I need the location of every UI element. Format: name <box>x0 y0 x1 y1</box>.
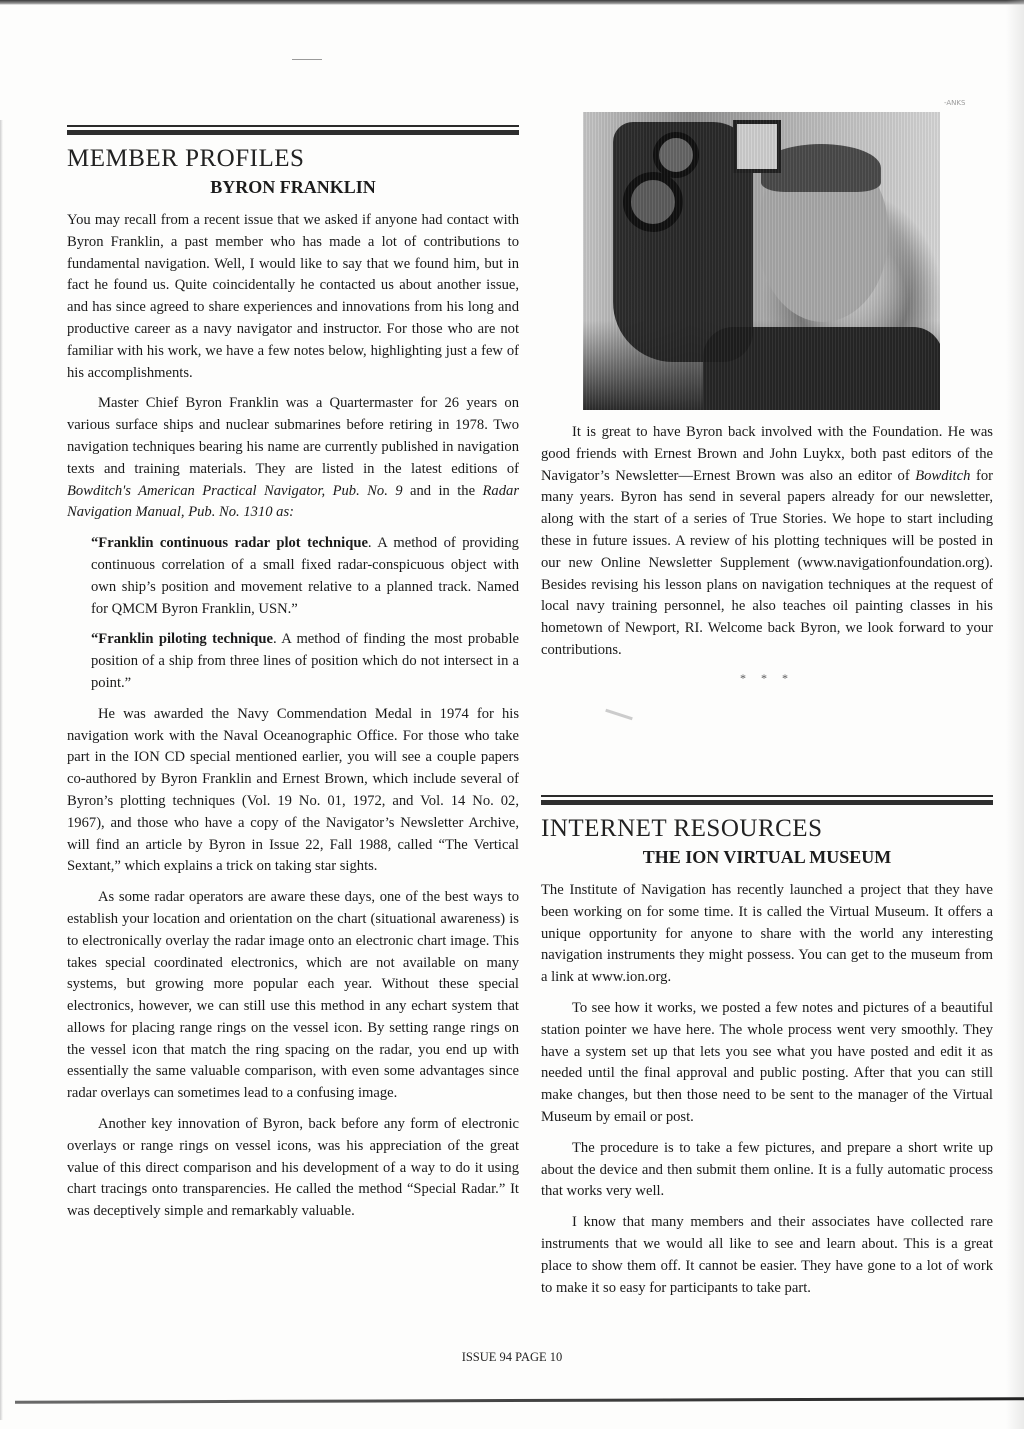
scan-edge-left <box>0 120 3 1420</box>
quote-piloting-technique: “Franklin piloting technique. A method o… <box>91 629 519 694</box>
special-radar-paragraph: Another key innovation of Byron, back be… <box>67 1114 519 1223</box>
page-footer: ISSUE 94 PAGE 10 <box>0 1350 1024 1365</box>
internet-resources-section: INTERNET RESOURCES THE ION VIRTUAL MUSEU… <box>541 792 993 1308</box>
museum-intro-paragraph: The Institute of Navigation has recently… <box>541 880 993 989</box>
career-paragraph: Master Chief Byron Franklin was a Quarte… <box>67 393 519 524</box>
article-title: THE ION VIRTUAL MUSEUM <box>541 846 993 868</box>
quote-continuous-radar-plot: “Franklin continuous radar plot techniqu… <box>91 533 519 620</box>
scan-smudge <box>605 709 633 721</box>
intro-paragraph: You may recall from a recent issue that … <box>67 210 519 384</box>
bowditch-title: Bowditch's American Practical Navigator,… <box>67 483 403 499</box>
photo-corner-mark: -ANKS <box>944 99 965 107</box>
bowditch-italic: Bowditch <box>915 468 970 484</box>
article-title: BYRON FRANKLIN <box>67 176 519 198</box>
procedure-paragraph: The procedure is to take a few pictures,… <box>541 1138 993 1203</box>
scan-mark <box>292 59 322 60</box>
photo-halftone <box>583 112 940 410</box>
award-paragraph: He was awarded the Navy Commendation Med… <box>67 704 519 878</box>
how-it-works-paragraph: To see how it works, we posted a few not… <box>541 998 993 1129</box>
scan-edge-right <box>1006 0 1024 1429</box>
byron-franklin-photo <box>583 112 940 410</box>
section-rule <box>541 792 993 804</box>
footer-rule <box>15 1397 1024 1404</box>
section-title: INTERNET RESOURCES <box>541 814 993 844</box>
section-rule <box>67 122 519 134</box>
member-profiles-section: MEMBER PROFILES BYRON FRANKLIN You may r… <box>67 122 519 1232</box>
continued-paragraph: It is great to have Byron back involved … <box>541 422 993 662</box>
member-profiles-continued: It is great to have Byron back involved … <box>541 422 993 686</box>
scan-edge-top <box>0 0 1024 5</box>
radar-overlay-paragraph: As some radar operators are aware these … <box>67 887 519 1105</box>
section-title: MEMBER PROFILES <box>67 144 519 174</box>
collectors-paragraph: I know that many members and their assoc… <box>541 1212 993 1299</box>
section-separator: * * * <box>541 671 993 686</box>
